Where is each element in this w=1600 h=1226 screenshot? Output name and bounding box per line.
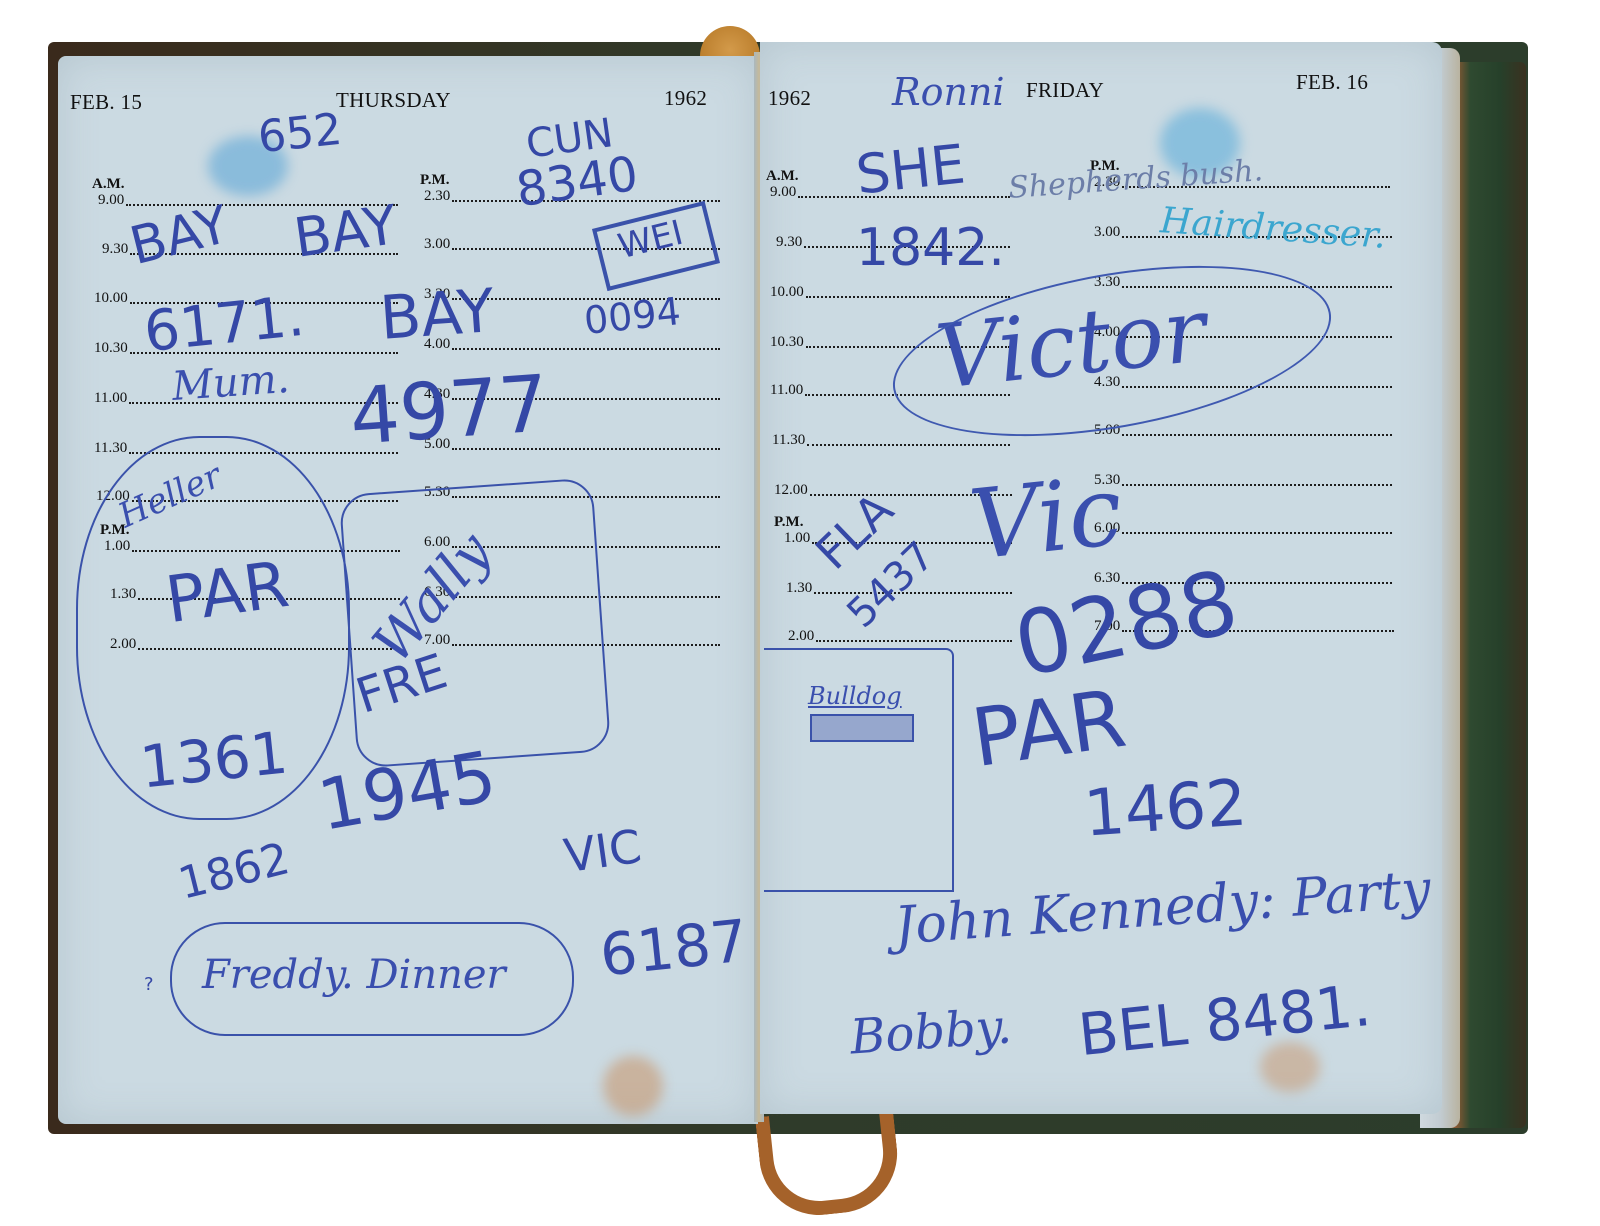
handwritten-number: 6187 xyxy=(597,906,751,989)
bookmark-ribbon-bottom xyxy=(755,1103,903,1221)
handwritten-number: 0094 xyxy=(582,289,683,343)
handwritten-number: 1462 xyxy=(1082,766,1250,851)
day-label: THURSDAY xyxy=(336,88,451,113)
drawn-shading xyxy=(810,714,914,742)
time-slot[interactable]: 5.00 xyxy=(1094,422,1392,439)
handwritten-exchange: PAR xyxy=(966,672,1131,785)
water-stain xyxy=(603,1056,663,1116)
date-label: FEB. 16 xyxy=(1296,70,1368,95)
handwritten-number: 4977 xyxy=(347,359,551,463)
handwritten-number: 1842. xyxy=(856,218,1005,278)
day-label: FRIDAY xyxy=(1026,78,1104,103)
handwritten-note: VIC xyxy=(561,819,645,883)
handwritten-note: Bulldog xyxy=(808,682,902,710)
handwritten-note: Mum. xyxy=(171,356,291,410)
handwritten-note: Freddy. Dinner xyxy=(202,952,506,998)
time-slot[interactable]: 5.30 xyxy=(1094,472,1392,489)
handwritten-exchange: SHE xyxy=(853,132,968,206)
pm-label: P.M. xyxy=(774,514,803,531)
handwritten-note: Bobby. xyxy=(848,998,1013,1065)
handwritten-note: John Kennedy: Party xyxy=(893,859,1433,956)
handwritten-note: Ronni xyxy=(892,70,1005,114)
year-label: 1962 xyxy=(664,86,707,111)
time-slot[interactable]: 10.00 xyxy=(770,284,1010,301)
handwritten-number: BEL 8481. xyxy=(1075,971,1374,1069)
handwritten-note: Shepherds bush. xyxy=(1007,153,1264,206)
left-page: FEB. 15 THURSDAY 1962 A.M. P.M. P.M. 9.0… xyxy=(58,56,758,1124)
handwritten-note: Hairdresser. xyxy=(1159,200,1387,257)
am-label: A.M. xyxy=(92,176,125,193)
am-label: A.M. xyxy=(766,168,799,185)
handwritten-exchange: BAY xyxy=(378,276,497,354)
handwritten-number: 1945 xyxy=(312,735,502,847)
handwritten-number: 1862 xyxy=(173,833,294,910)
year-label: 1962 xyxy=(768,86,811,111)
pm-label: P.M. xyxy=(420,172,449,189)
time-slot[interactable]: 2.00 xyxy=(788,628,1012,645)
date-label: FEB. 15 xyxy=(70,90,142,115)
handwritten-note: Vic xyxy=(965,454,1128,581)
handwritten-mark: ? xyxy=(144,974,154,995)
time-slot[interactable]: 11.30 xyxy=(772,432,1010,449)
right-page: 1962 FRIDAY FEB. 16 A.M. P.M. P.M. 9.00 … xyxy=(760,42,1442,1114)
handwritten-number: 652 xyxy=(256,104,345,163)
time-slot[interactable]: 6.00 xyxy=(1094,520,1392,537)
handwritten-exchange: BAY xyxy=(290,193,401,270)
